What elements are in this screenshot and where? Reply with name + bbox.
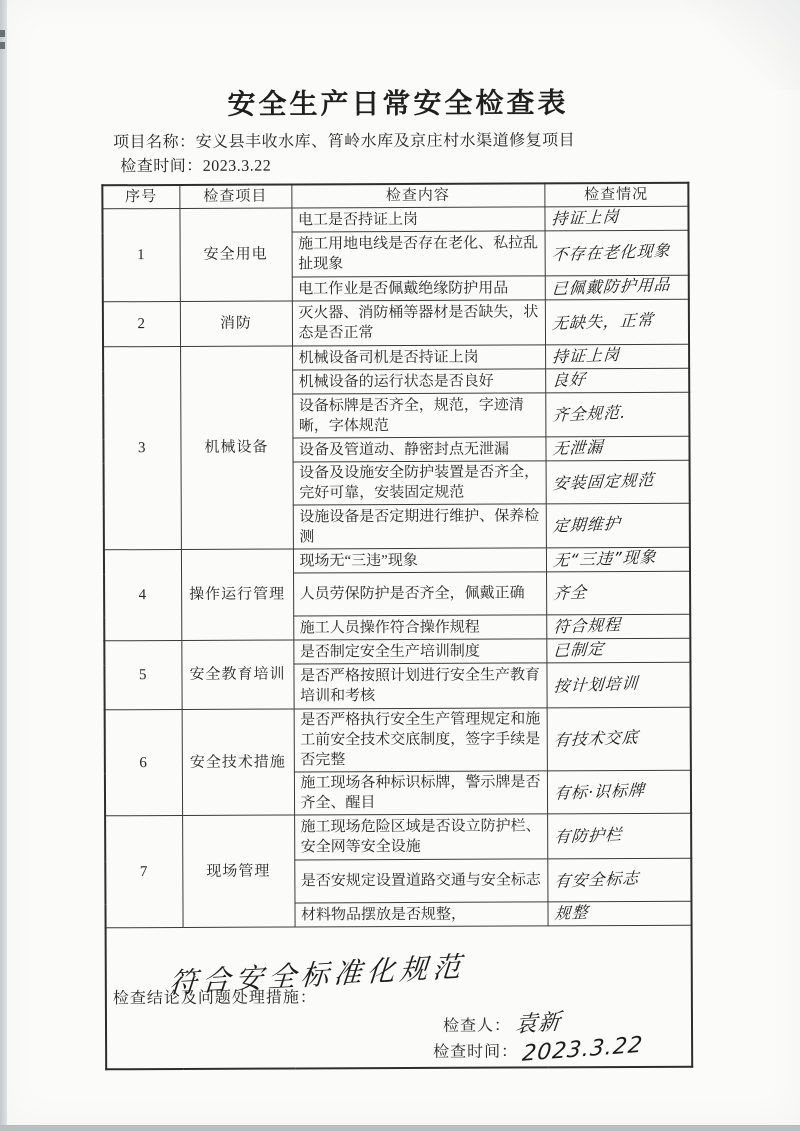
row-status-handwritten: 无缺失，正常 [545,299,689,345]
header-status: 检查情况 [544,183,688,207]
document-content: 安全生产日常安全检查表 项目名称：安义县丰收水库、筲岭水库及京庄村水渠道修复项目… [0,0,800,1131]
row-item: 现场管理 [182,815,294,927]
row-status-handwritten: 有标·识标牌 [547,770,691,814]
row-content: 施工人员操作符合操作规程 [293,615,546,640]
row-content: 施工现场危险区域是否设立防护栏、安全网等安全设施 [294,814,547,860]
row-status-handwritten: 有安全标志 [547,858,691,902]
row-status-handwritten: 有防护栏 [547,813,691,859]
row-content: 设备及管道动、静密封点无泄漏 [292,437,545,462]
row-no: 3 [103,346,181,549]
inspector-signature-handwritten: 袁新 [514,1011,562,1039]
row-no: 7 [105,815,182,927]
inspection-date-line-footer: 检查时间：2023.3.22 [433,1038,643,1065]
row-no: 4 [104,549,181,640]
inspection-date-value: 2023.3.22 [203,158,272,175]
table-row: 1 安全用电 电工是否持证上岗 持证上岗 [102,206,688,233]
project-name-label: 项目名称： [113,134,196,151]
project-name-line: 项目名称：安义县丰收水库、筲岭水库及京庄村水渠道修复项目 [113,127,575,152]
row-status-handwritten: 持证上岗 [545,344,689,369]
table-row: 6 安全技术措施 是否严格执行安全生产管理规定和施工前安全技术交底制度，签字手续… [105,707,691,773]
row-status-handwritten: 安装固定规范 [546,460,690,504]
row-status-handwritten: 持证上岗 [544,206,688,231]
table-row: 3 机械设备 机械设备司机是否持证上岗 持证上岗 [103,344,689,371]
footer-date-label: 检查时间： [433,1043,518,1060]
row-status-handwritten: 不存在老化现象 [545,230,689,276]
row-status-handwritten: 已佩戴防护用品 [545,275,689,300]
row-item: 机械设备 [180,346,293,549]
table-row: 4 操作运行管理 现场无“三违”现象 无“三违”现象 [104,547,690,574]
row-status-handwritten: 已制定 [546,638,690,663]
row-content: 是否安规定设置道路交通与安全标志 [294,859,547,903]
conclusion-row: 检查结论及问题处理措施： 符合安全标准化规范 检查人：袁新 检查时间：2023.… [106,925,693,1069]
inspector-label: 检查人： [443,1018,511,1035]
inspection-date-label: 检查时间： [120,158,203,175]
row-no: 2 [103,301,180,346]
row-content: 机械设备的运行状态是否良好 [292,369,545,394]
header-content: 检查内容 [291,183,544,208]
row-status-handwritten: 规整 [547,901,691,926]
row-no: 5 [104,640,181,709]
row-content: 是否严格执行安全生产管理规定和施工前安全技术交底制度，签字手续是否完整 [294,708,547,772]
inspection-date-line: 检查时间：2023.3.22 [120,153,271,177]
row-status-handwritten: 定期维护 [546,503,690,548]
row-content: 材料物品摆放是否规整， [294,902,547,927]
row-item: 安全用电 [179,208,291,301]
document-title: 安全生产日常安全检查表 [0,80,798,123]
row-no: 6 [105,709,182,815]
row-content: 施工用地电线是否存在老化、私拉乱扯现象 [292,231,545,277]
header-no: 序号 [102,185,179,209]
row-content: 电工是否持证上岗 [291,207,544,232]
row-status-handwritten: 无泄漏 [545,436,689,461]
row-content: 现场无“三违”现象 [293,548,546,573]
conclusion-cell: 检查结论及问题处理措施： 符合安全标准化规范 检查人：袁新 检查时间：2023.… [106,925,693,1069]
row-content: 人员劳保防护是否齐全，佩戴正确 [293,572,546,616]
table-row: 2 消防 灭火器、消防桶等器材是否缺失，状态是否正常 无缺失，正常 [103,299,689,347]
row-status-handwritten: 按计划培训 [546,662,690,708]
header-item: 检查项目 [179,184,291,208]
row-content: 机械设备司机是否持证上岗 [292,345,545,370]
row-status-handwritten: 有技术交底 [547,707,691,771]
row-status-handwritten: 良好 [545,368,689,393]
row-content: 施工现场各种标识标牌，警示牌是否齐全、醒目 [294,771,547,815]
row-status-handwritten: 齐全规范. [545,392,689,437]
inspection-table: 序号 检查项目 检查内容 检查情况 1 安全用电 电工是否持证上岗 持证上岗 施… [101,182,693,1071]
footer-date-handwritten: 2023.3.22 [521,1034,644,1067]
row-item: 消防 [180,301,292,346]
project-name-value: 安义县丰收水库、筲岭水库及京庄村水渠道修复项目 [196,132,576,151]
row-status-handwritten: 齐全 [546,571,690,615]
row-item: 安全技术措施 [182,709,294,815]
row-content: 设备及设施安全防护装置是否齐全，完好可靠，安装固定规范 [293,461,546,505]
row-content: 电工作业是否佩戴绝缘防护用品 [292,276,545,301]
row-content: 是否制定安全生产培训制度 [293,639,546,664]
row-item: 操作运行管理 [181,549,293,640]
row-item: 安全教育培训 [181,640,293,709]
table-row: 5 安全教育培训 是否制定安全生产培训制度 已制定 [104,638,690,665]
signature-block: 检查人：袁新 检查时间：2023.3.22 [443,1012,643,1065]
table-header-row: 序号 检查项目 检查内容 检查情况 [102,183,688,209]
row-no: 1 [102,208,179,301]
table-row: 7 现场管理 施工现场危险区域是否设立防护栏、安全网等安全设施 有防护栏 [105,813,691,861]
row-content: 灭火器、消防桶等器材是否缺失，状态是否正常 [292,300,545,346]
row-content: 设备标牌是否齐全，规范，字迹清晰，字体规范 [292,393,545,438]
row-status-handwritten: 无“三违”现象 [546,547,690,572]
row-content: 是否严格按照计划进行安全生产教育培训和考核 [293,663,546,709]
row-status-handwritten: 符合规程 [546,614,690,639]
row-content: 设施设备是否定期进行维护、保养检测 [293,504,546,549]
